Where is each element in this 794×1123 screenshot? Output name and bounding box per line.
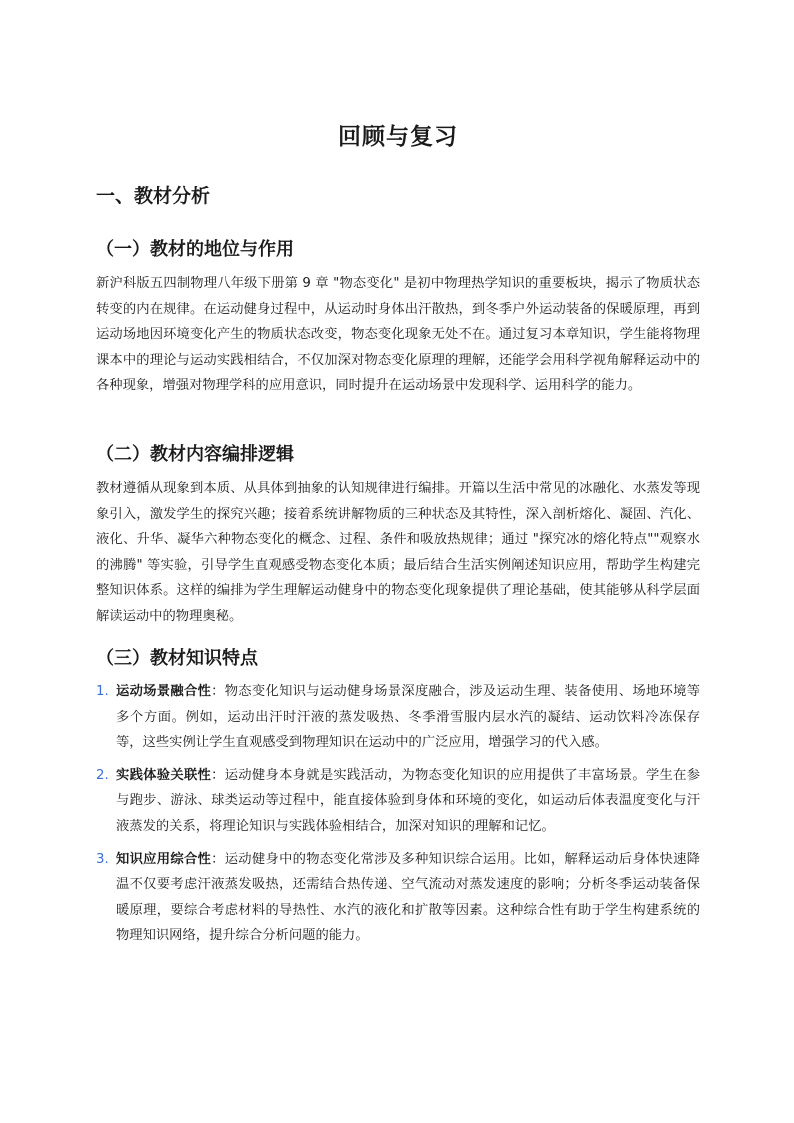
list-term: 实践体验关联性 bbox=[116, 768, 211, 783]
list-number: 3. bbox=[96, 847, 109, 873]
list-number: 1. bbox=[96, 679, 109, 705]
subsection-heading-role: （一）教材的地位与作用 bbox=[96, 235, 294, 261]
section-heading-material-analysis: 一、教材分析 bbox=[96, 181, 210, 208]
list-item: 3.知识应用综合性：运动健身中的物态变化常涉及多种知识综合运用。比如，解释运动后… bbox=[96, 847, 700, 949]
list-term: 运动场景融合性 bbox=[116, 684, 211, 699]
paragraph-logic: 教材遵循从现象到本质、从具体到抽象的认知规律进行编排。开篇以生活中常见的冰融化、… bbox=[96, 476, 700, 630]
feature-list: 1.运动场景融合性：物态变化知识与运动健身场景深度融合，涉及运动生理、装备使用、… bbox=[96, 679, 700, 956]
list-number: 2. bbox=[96, 763, 109, 789]
subsection-heading-features: （三）教材知识特点 bbox=[96, 644, 258, 670]
page-title: 回顾与复习 bbox=[96, 118, 700, 151]
list-term: 知识应用综合性 bbox=[116, 852, 211, 867]
paragraph-role: 新沪科版五四制物理八年级下册第 9 章 "物态变化" 是初中物理热学知识的重要板… bbox=[96, 271, 700, 399]
list-item: 2.实践体验关联性：运动健身本身就是实践活动，为物态变化知识的应用提供了丰富场景… bbox=[96, 763, 700, 840]
subsection-heading-logic: （二）教材内容编排逻辑 bbox=[96, 440, 294, 466]
list-item: 1.运动场景融合性：物态变化知识与运动健身场景深度融合，涉及运动生理、装备使用、… bbox=[96, 679, 700, 756]
